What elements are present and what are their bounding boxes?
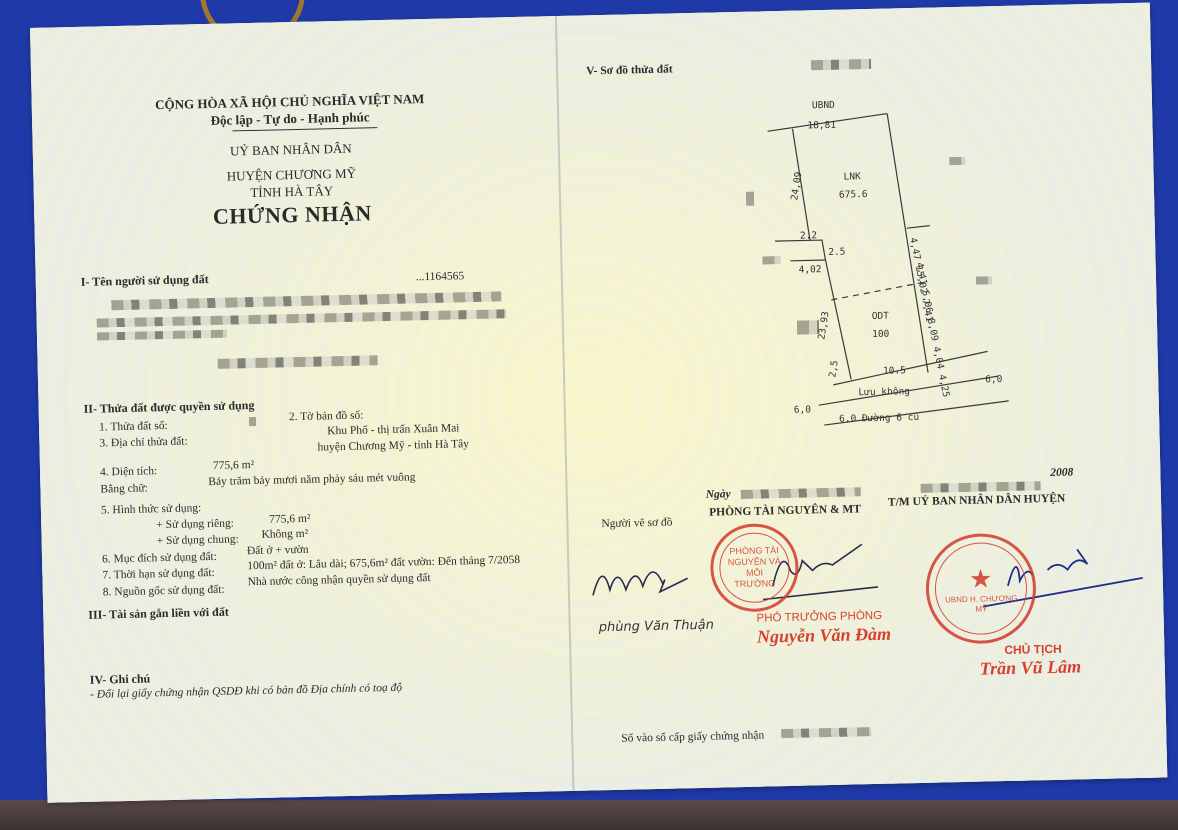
- section-4-heading: IV- Ghi chú: [90, 671, 151, 687]
- label-right-lower-edges: 4,41 5,06 8,09 4,04 4,25: [914, 261, 952, 398]
- address-line-2: huyện Chương Mỹ - tỉnh Hà Tây: [317, 438, 469, 453]
- private-use-label: + Sử dụng riêng:: [156, 518, 234, 532]
- department-title: PHÓ TRƯỞNG PHÒNG: [756, 610, 882, 625]
- council-title: CHỦ TỊCH: [1004, 642, 1062, 657]
- shared-use-value: Không m²: [261, 528, 308, 541]
- authority-line-1: UỶ BAN NHÂN DÂN: [151, 139, 431, 161]
- redacted-mark-4: [976, 276, 992, 284]
- redacted-owner-details-2: [97, 330, 227, 341]
- document-title: CHỨNG NHẬN: [152, 199, 433, 231]
- label-corridor-width-left: 6,0: [794, 404, 812, 415]
- label-garden-area: 675.6: [839, 189, 868, 201]
- section-1-heading: I- Tên người sử dụng đất: [81, 272, 209, 290]
- label-left-upper-edge: 24,09: [789, 171, 804, 201]
- redacted-owner-address: [218, 355, 378, 369]
- date-year: 2008: [1050, 466, 1073, 479]
- usage-form-label: 5. Hình thức sử dụng:: [101, 502, 202, 516]
- parcel-diagram: UBND 18,81 24,09 4,47 15,02 7,41 LNK 675…: [766, 45, 1034, 411]
- council-signatory-name: Trần Vũ Lâm: [980, 656, 1082, 679]
- parcel-number-label: 1. Thửa đất số:: [99, 420, 168, 434]
- redacted-mark-3: [762, 256, 780, 264]
- redacted-parcel-number: [249, 417, 256, 426]
- label-bottom-edge: 10.5: [883, 365, 906, 377]
- redacted-mark-5: [797, 320, 819, 334]
- label-step-c: 4,02: [799, 264, 822, 276]
- council-label: T/M UỶ BAN NHÂN DÂN HUYỆN: [888, 493, 1066, 509]
- center-fold: [555, 16, 575, 791]
- origin-value: Nhà nước công nhận quyền sử dụng đất: [247, 572, 430, 588]
- area-in-words-value: Bảy trăm bảy mươi năm phảy sáu mét vuông: [208, 471, 415, 488]
- department-label: PHÒNG TÀI NGUYÊN & MT: [709, 503, 861, 518]
- label-top-edge: 18,81: [807, 120, 836, 132]
- redacted-mark-2: [949, 157, 965, 165]
- redacted-registry-number: [781, 727, 871, 738]
- area-in-words-label: Bằng chữ:: [100, 482, 148, 495]
- date-prefix: Ngày: [706, 488, 731, 501]
- redacted-owner-details: [97, 309, 507, 327]
- map-sheet-label: 2. Tờ bản đồ số:: [289, 410, 364, 424]
- section-5-heading: V- Sơ đồ thửa đất: [586, 63, 673, 77]
- label-residential-area: 100: [872, 329, 890, 340]
- purpose-value: Đất ở + vườn: [247, 544, 309, 557]
- label-step-a: 2.2: [800, 230, 817, 241]
- address-label: 3. Địa chỉ thửa đất:: [99, 436, 188, 450]
- section-2-heading: II- Thửa đất được quyền sử dụng: [83, 398, 254, 417]
- area-value: 775,6 m²: [213, 459, 254, 472]
- shared-use-label: + Sử dụng chung:: [157, 533, 239, 547]
- label-road: 6,0 Đường 6 cũ: [839, 412, 919, 425]
- council-stamp: ★ UBND H. CHƯƠNG MỸ: [925, 532, 1037, 644]
- drawer-label: Người vẽ sơ đồ: [601, 517, 672, 531]
- purpose-label: 6. Mục đích sử dụng đất:: [102, 551, 217, 566]
- redacted-date: [741, 487, 861, 499]
- origin-label: 8. Nguồn gốc sử dụng đất:: [103, 584, 225, 599]
- term-value: 100m² đất ở: Lâu dài; 675,6m² đất vườn: …: [247, 554, 520, 572]
- redacted-neighbor: [811, 59, 871, 70]
- term-label: 7. Thời hạn sử dụng đất:: [102, 567, 215, 582]
- section-1-id-fragment: ...1164565: [416, 270, 465, 283]
- redacted-mark-1: [746, 192, 754, 206]
- redacted-owner-name: [111, 291, 501, 310]
- department-signatory-name: Nguyễn Văn Đàm: [757, 624, 891, 648]
- private-use-value: 775,6 m²: [269, 513, 310, 526]
- land-use-certificate: CỘNG HÒA XÃ HỘI CHỦ NGHĨA VIỆT NAM Độc l…: [30, 3, 1167, 803]
- redacted-date-2: [921, 481, 1041, 493]
- label-garden-type: LNK: [843, 171, 861, 182]
- desk-surface: [0, 800, 1178, 830]
- label-bottom-left-edge: 2,5: [827, 360, 840, 379]
- registry-label: Số vào sổ cấp giấy chứng nhận: [621, 730, 764, 745]
- label-corridor-width-right: 6,0: [985, 374, 1003, 385]
- label-corridor: Lưu không: [858, 386, 910, 398]
- section-3-heading: III- Tài sản gắn liền với đất: [88, 605, 229, 623]
- label-step-b: 2.5: [828, 247, 845, 258]
- label-residential-type: ODT: [872, 311, 890, 322]
- address-line-1: Khu Phố - thị trấn Xuân Mai: [327, 422, 459, 437]
- label-top-neighbor: UBND: [812, 100, 835, 112]
- drawer-name: phùng Văn Thuận: [599, 618, 715, 636]
- area-label: 4. Diện tích:: [100, 465, 157, 478]
- drawer-signature: [587, 553, 698, 610]
